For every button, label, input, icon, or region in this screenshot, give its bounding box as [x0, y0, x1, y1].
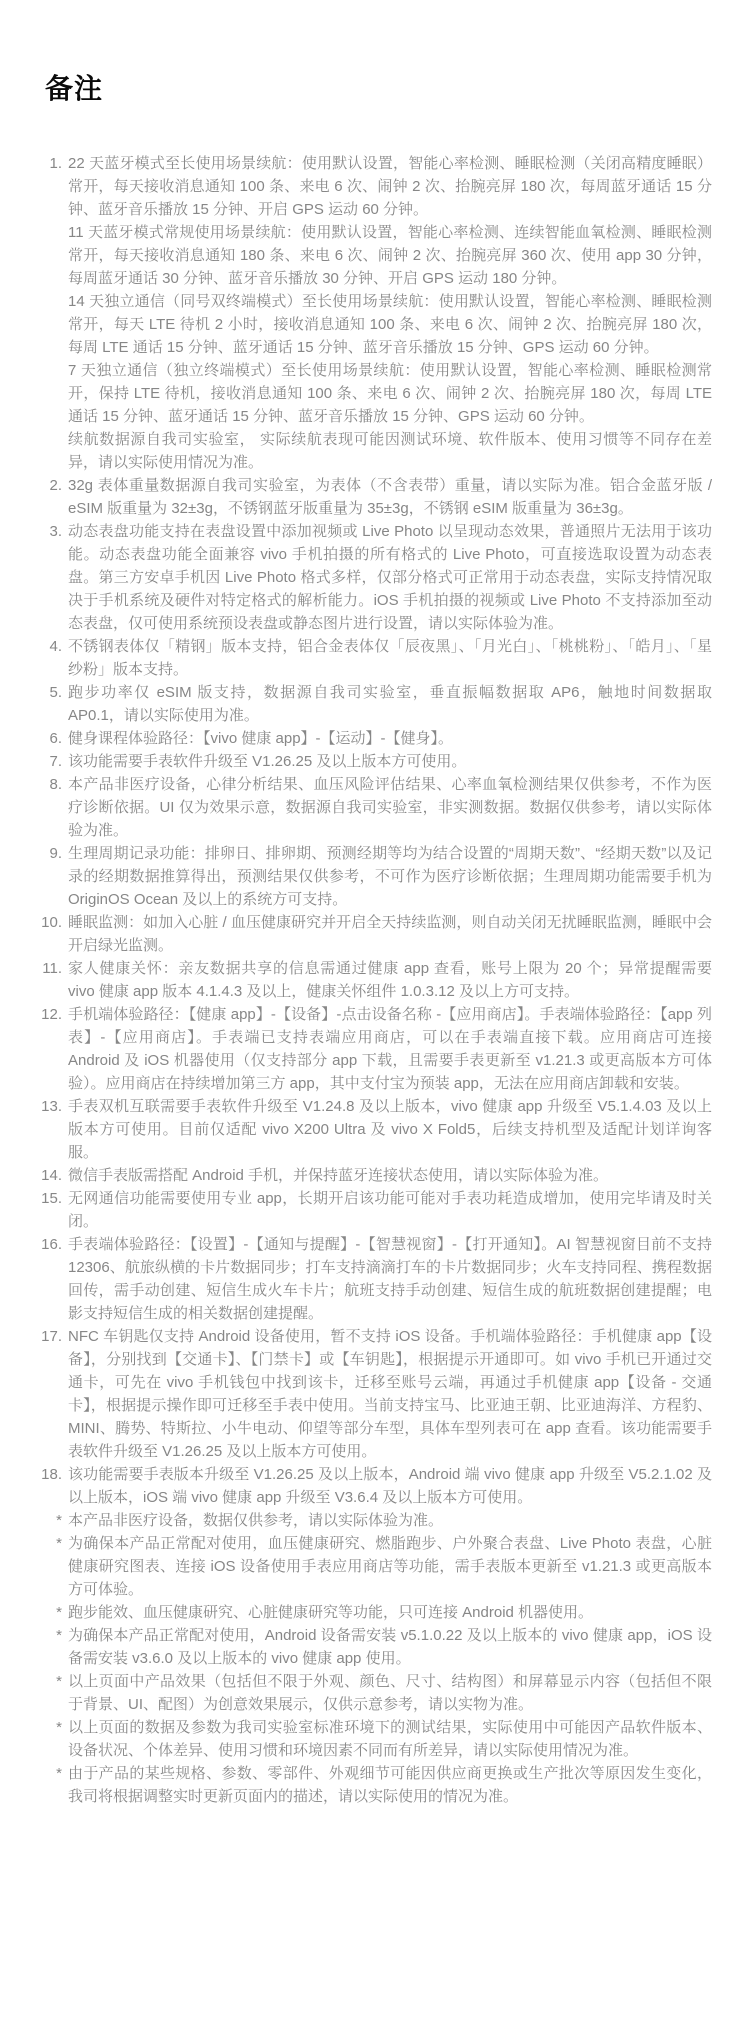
item-number: 13. — [40, 1095, 68, 1118]
note-item: 18.该功能需要手表版本升级至 V1.26.25 及以上版本，Android 端… — [45, 1463, 712, 1509]
page-title: 备注 — [45, 72, 712, 106]
item-number: 4. — [40, 635, 68, 658]
star-marker: * — [40, 1762, 68, 1785]
item-number: 6. — [40, 727, 68, 750]
note-text: 手机端体验路径：【健康 app】-【设备】-点击设备名称 -【应用商店】。手表端… — [68, 1003, 712, 1095]
note-item: 8.本产品非医疗设备，心律分析结果、血压风险评估结果、心率血氧检测结果仅供参考，… — [45, 773, 712, 842]
note-text: 为确保本产品正常配对使用，血压健康研究、燃脂跑步、户外聚合表盘、Live Pho… — [68, 1532, 712, 1601]
note-text: 不锈钢表体仅「精钢」版本支持，铝合金表体仅「辰夜黑」、「月光白」、「桃桃粉」、「… — [68, 635, 712, 681]
item-number: 12. — [40, 1003, 68, 1026]
item-number: 9. — [40, 842, 68, 865]
star-marker: * — [40, 1624, 68, 1647]
item-number: 14. — [40, 1164, 68, 1187]
note-text: 22 天蓝牙模式至长使用场景续航：使用默认设置，智能心率检测、睡眠检测（关闭高精… — [68, 152, 712, 474]
note-text: 由于产品的某些规格、参数、零部件、外观细节可能因供应商更换或生产批次等原因发生变… — [68, 1762, 712, 1808]
note-text: 生理周期记录功能：排卵日、排卵期、预测经期等均为结合设置的“周期天数”、“经期天… — [68, 842, 712, 911]
star-marker: * — [40, 1509, 68, 1532]
note-item: *跑步能效、血压健康研究、心脏健康研究等功能，只可连接 Android 机器使用… — [45, 1601, 712, 1624]
item-number: 2. — [40, 474, 68, 497]
note-text: 健身课程体验路径：【vivo 健康 app】-【运动】-【健身】。 — [68, 727, 712, 750]
note-text: 手表端体验路径：【设置】-【通知与提醒】-【智慧视窗】-【打开通知】。AI 智慧… — [68, 1233, 712, 1325]
item-number: 16. — [40, 1233, 68, 1256]
note-item: *为确保本产品正常配对使用，血压健康研究、燃脂跑步、户外聚合表盘、Live Ph… — [45, 1532, 712, 1601]
note-item: *由于产品的某些规格、参数、零部件、外观细节可能因供应商更换或生产批次等原因发生… — [45, 1762, 712, 1808]
note-text: 为确保本产品正常配对使用，Android 设备需安装 v5.1.0.22 及以上… — [68, 1624, 712, 1670]
note-item: 3.动态表盘功能支持在表盘设置中添加视频或 Live Photo 以呈现动态效果… — [45, 520, 712, 635]
note-item: 4.不锈钢表体仅「精钢」版本支持，铝合金表体仅「辰夜黑」、「月光白」、「桃桃粉」… — [45, 635, 712, 681]
note-text: 睡眠监测：如加入心脏 / 血压健康研究并开启全天持续监测，则自动关闭无扰睡眠监测… — [68, 911, 712, 957]
star-marker: * — [40, 1601, 68, 1624]
note-text: 跑步能效、血压健康研究、心脏健康研究等功能，只可连接 Android 机器使用。 — [68, 1601, 712, 1624]
note-item: 2.32g 表体重量数据源自我司实验室，为表体（不含表带）重量，请以实际为准。铝… — [45, 474, 712, 520]
item-number: 15. — [40, 1187, 68, 1210]
note-item: 1.22 天蓝牙模式至长使用场景续航：使用默认设置，智能心率检测、睡眠检测（关闭… — [45, 152, 712, 474]
note-item: *以上页面中产品效果（包括但不限于外观、颜色、尺寸、结构图）和屏幕显示内容（包括… — [45, 1670, 712, 1716]
item-number: 3. — [40, 520, 68, 543]
note-item: 11.家人健康关怀：亲友数据共享的信息需通过健康 app 查看，账号上限为 20… — [45, 957, 712, 1003]
note-item: 15.无网通信功能需要使用专业 app，长期开启该功能可能对手表功耗造成增加，使… — [45, 1187, 712, 1233]
note-text: 跑步功率仅 eSIM 版支持，数据源自我司实验室，垂直振幅数据取 AP6，触地时… — [68, 681, 712, 727]
note-item: 16.手表端体验路径：【设置】-【通知与提醒】-【智慧视窗】-【打开通知】。AI… — [45, 1233, 712, 1325]
note-text: 动态表盘功能支持在表盘设置中添加视频或 Live Photo 以呈现动态效果，普… — [68, 520, 712, 635]
note-text: 该功能需要手表软件升级至 V1.26.25 及以上版本方可使用。 — [68, 750, 712, 773]
item-number: 17. — [40, 1325, 68, 1348]
note-item: 7.该功能需要手表软件升级至 V1.26.25 及以上版本方可使用。 — [45, 750, 712, 773]
note-text: 无网通信功能需要使用专业 app，长期开启该功能可能对手表功耗造成增加，使用完毕… — [68, 1187, 712, 1233]
note-text: 本产品非医疗设备，心律分析结果、血压风险评估结果、心率血氧检测结果仅供参考，不作… — [68, 773, 712, 842]
note-item: *本产品非医疗设备，数据仅供参考，请以实际体验为准。 — [45, 1509, 712, 1532]
item-number: 5. — [40, 681, 68, 704]
item-number: 18. — [40, 1463, 68, 1486]
numbered-notes-list: 1.22 天蓝牙模式至长使用场景续航：使用默认设置，智能心率检测、睡眠检测（关闭… — [45, 152, 712, 1509]
starred-notes-list: *本产品非医疗设备，数据仅供参考，请以实际体验为准。*为确保本产品正常配对使用，… — [45, 1509, 712, 1808]
note-text: 家人健康关怀：亲友数据共享的信息需通过健康 app 查看，账号上限为 20 个；… — [68, 957, 712, 1003]
note-item: *以上页面的数据及参数为我司实验室标准环境下的测试结果，实际使用中可能因产品软件… — [45, 1716, 712, 1762]
note-text: 该功能需要手表版本升级至 V1.26.25 及以上版本，Android 端 vi… — [68, 1463, 712, 1509]
item-number: 11. — [40, 957, 68, 980]
item-number: 1. — [40, 152, 68, 175]
star-marker: * — [40, 1670, 68, 1693]
note-text: 以上页面的数据及参数为我司实验室标准环境下的测试结果，实际使用中可能因产品软件版… — [68, 1716, 712, 1762]
note-item: *为确保本产品正常配对使用，Android 设备需安装 v5.1.0.22 及以… — [45, 1624, 712, 1670]
note-text: 以上页面中产品效果（包括但不限于外观、颜色、尺寸、结构图）和屏幕显示内容（包括但… — [68, 1670, 712, 1716]
note-text: 本产品非医疗设备，数据仅供参考，请以实际体验为准。 — [68, 1509, 712, 1532]
item-number: 7. — [40, 750, 68, 773]
item-number: 10. — [40, 911, 68, 934]
note-item: 10.睡眠监测：如加入心脏 / 血压健康研究并开启全天持续监测，则自动关闭无扰睡… — [45, 911, 712, 957]
item-number: 8. — [40, 773, 68, 796]
note-item: 17.NFC 车钥匙仅支持 Android 设备使用，暂不支持 iOS 设备。手… — [45, 1325, 712, 1463]
note-text: NFC 车钥匙仅支持 Android 设备使用，暂不支持 iOS 设备。手机端体… — [68, 1325, 712, 1463]
note-text: 32g 表体重量数据源自我司实验室，为表体（不含表带）重量，请以实际为准。铝合金… — [68, 474, 712, 520]
note-item: 13.手表双机互联需要手表软件升级至 V1.24.8 及以上版本，vivo 健康… — [45, 1095, 712, 1164]
note-text: 微信手表版需搭配 Android 手机，并保持蓝牙连接状态使用，请以实际体验为准… — [68, 1164, 712, 1187]
note-item: 14.微信手表版需搭配 Android 手机，并保持蓝牙连接状态使用，请以实际体… — [45, 1164, 712, 1187]
note-item: 6.健身课程体验路径：【vivo 健康 app】-【运动】-【健身】。 — [45, 727, 712, 750]
note-item: 5.跑步功率仅 eSIM 版支持，数据源自我司实验室，垂直振幅数据取 AP6，触… — [45, 681, 712, 727]
star-marker: * — [40, 1532, 68, 1555]
note-text: 手表双机互联需要手表软件升级至 V1.24.8 及以上版本，vivo 健康 ap… — [68, 1095, 712, 1164]
remarks-page: 备注 1.22 天蓝牙模式至长使用场景续航：使用默认设置，智能心率检测、睡眠检测… — [0, 0, 750, 2021]
note-item: 9.生理周期记录功能：排卵日、排卵期、预测经期等均为结合设置的“周期天数”、“经… — [45, 842, 712, 911]
note-item: 12.手机端体验路径：【健康 app】-【设备】-点击设备名称 -【应用商店】。… — [45, 1003, 712, 1095]
star-marker: * — [40, 1716, 68, 1739]
